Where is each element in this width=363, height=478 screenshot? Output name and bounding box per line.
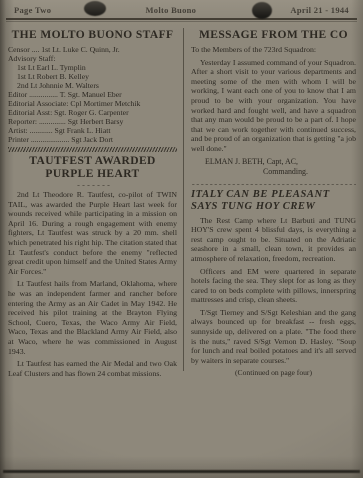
punch-hole-icon xyxy=(84,1,106,16)
staff-line: Reporter: .............. Sgt Herbert Bar… xyxy=(8,117,177,126)
article-title-line2: PURPLE HEART xyxy=(8,168,177,181)
message-section-title: MESSAGE FROM THE CO xyxy=(191,29,356,41)
staff-line: 2nd Lt Johnnie M. Walters xyxy=(8,81,177,90)
masthead-date: April 21 - 1944 xyxy=(290,5,349,15)
ornament-divider xyxy=(76,182,110,186)
masthead: Page Two Molto Buono April 21 - 1944 xyxy=(0,0,363,18)
masthead-title: Molto Buono xyxy=(145,5,196,15)
italy-paragraph: Officers and EM were quartered in separa… xyxy=(191,267,356,305)
wavy-divider xyxy=(191,181,356,185)
article-title-line1: TAUTFEST AWARDED xyxy=(8,155,177,168)
staff-section-title: THE MOLTO BUONO STAFF xyxy=(8,29,177,41)
italy-title-line2: SAYS TUNG HOY CREW xyxy=(191,201,356,213)
staff-line: Printer .................... Sgt Jack Do… xyxy=(8,135,177,144)
continued-notice: (Continued on page four) xyxy=(191,368,356,378)
italy-paragraph: T/Sgt Tierney and S/Sgt Keleshian and th… xyxy=(191,308,356,366)
staff-line: Editor ............... T. Sgt. Manuel Eb… xyxy=(8,90,177,99)
signature-title: Commanding. xyxy=(191,167,356,177)
staff-line: 1st Lt Robert B. Kelley xyxy=(8,72,177,81)
left-column: THE MOLTO BUONO STAFF Censor .... 1st Lt… xyxy=(7,26,183,381)
masthead-page-number: Page Two xyxy=(14,5,51,15)
scanned-newspaper-page: Page Two Molto Buono April 21 - 1944 THE… xyxy=(0,0,363,478)
message-salutation: To the Members of the 723rd Squadron: xyxy=(191,45,356,55)
message-body: To the Members of the 723rd Squadron: Ye… xyxy=(191,45,356,154)
right-column: MESSAGE FROM THE CO To the Members of th… xyxy=(184,26,358,381)
staff-line: Advisory Staff: xyxy=(8,54,177,63)
italy-article-title: ITALY CAN BE PLEASANT SAYS TUNG HOY CREW xyxy=(191,189,356,213)
italy-article-body: The Rest Camp where Lt Barbuti and TUNG … xyxy=(191,216,356,379)
article-paragraph: 2nd Lt Theodore R. Tautfest, co-pilot of… xyxy=(8,190,177,276)
staff-line: 1st Lt Earl L. Tymplin xyxy=(8,63,177,72)
signature-block: ELMAN J. BETH, Capt, AC, Commanding. xyxy=(191,157,356,177)
article-paragraph: Lt Tautfest has earned the Air Medal and… xyxy=(8,359,177,378)
italy-title-line1: ITALY CAN BE PLEASANT xyxy=(191,189,356,201)
page-columns: THE MOLTO BUONO STAFF Censor .... 1st Lt… xyxy=(0,22,363,381)
staff-line: Editorial Asst: Sgt. Roger G. Carpenter xyxy=(8,108,177,117)
signature-name: ELMAN J. BETH, Capt, AC, xyxy=(191,157,356,167)
staff-line: Censor .... 1st Lt. Luke C. Quinn, Jr. xyxy=(8,45,177,54)
hatched-divider xyxy=(8,147,177,152)
message-paragraph: Yesterday I assumed command of your Squa… xyxy=(191,58,356,154)
italy-paragraph: The Rest Camp where Lt Barbuti and TUNG … xyxy=(191,216,356,264)
bottom-rule xyxy=(3,470,360,473)
article-paragraph: Lt Tautfest hails from Marland, Oklahoma… xyxy=(8,279,177,356)
article-title: TAUTFEST AWARDED PURPLE HEART xyxy=(8,155,177,180)
punch-hole-icon xyxy=(252,2,272,19)
staff-line: Editorial Associate: Cpl Mortimer Metchi… xyxy=(8,99,177,108)
article-body: 2nd Lt Theodore R. Tautfest, co-pilot of… xyxy=(8,190,177,378)
staff-line: Artist: ............ Sgt Frank L. Hiatt xyxy=(8,126,177,135)
staff-list: Censor .... 1st Lt. Luke C. Quinn, Jr. A… xyxy=(8,45,177,144)
